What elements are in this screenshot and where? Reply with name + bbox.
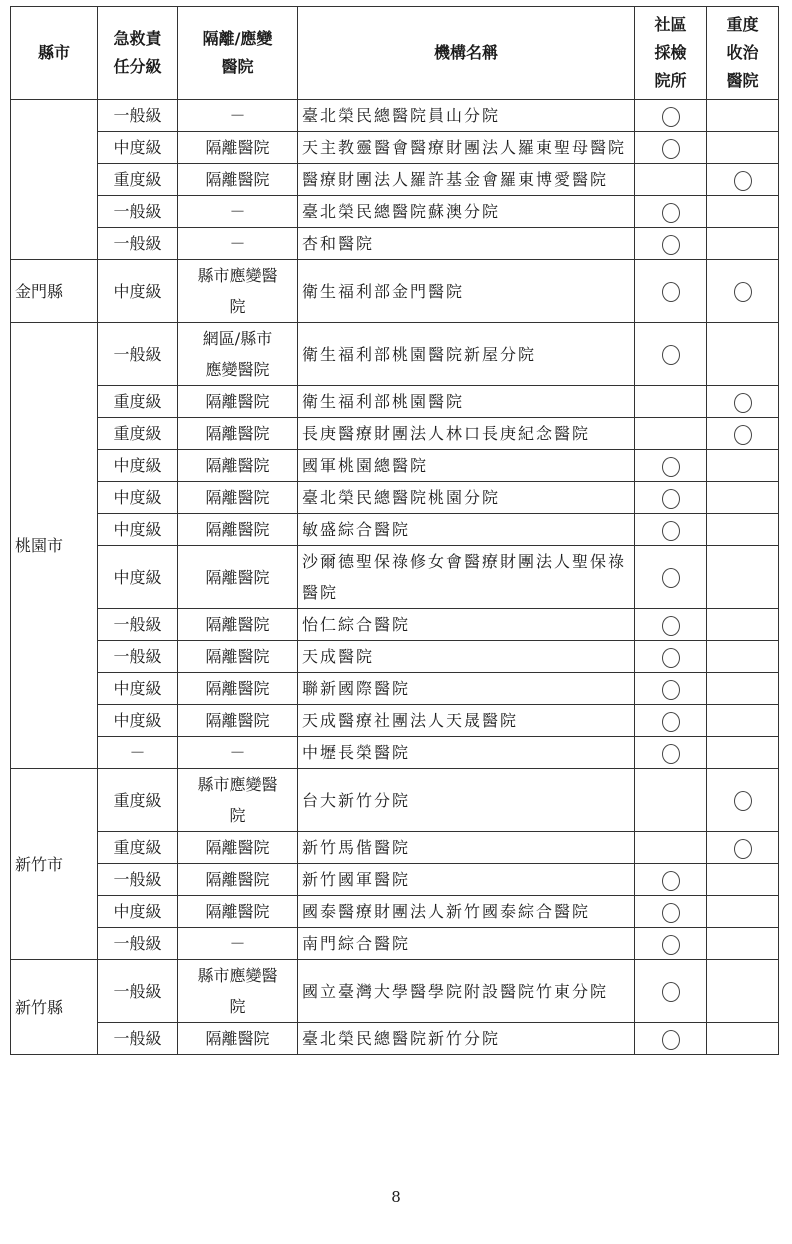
institution-name-cell: 怡仁綜合醫院 bbox=[298, 609, 635, 641]
type-cell: 縣市應變醫院 bbox=[178, 960, 298, 1023]
institution-name-cell: 聯新國際醫院 bbox=[298, 673, 635, 705]
level-cell: 一般級 bbox=[98, 864, 178, 896]
header-line: 機構名稱 bbox=[434, 43, 498, 62]
county-cell: 新竹市 bbox=[11, 769, 98, 960]
community-cell bbox=[635, 418, 707, 450]
community-cell bbox=[635, 1023, 707, 1055]
circle-mark-icon bbox=[662, 648, 680, 668]
type-cell: － bbox=[178, 228, 298, 260]
table-row: 一般級－臺北榮民總醫院蘇澳分院 bbox=[11, 196, 779, 228]
circle-mark-icon bbox=[662, 203, 680, 223]
community-cell bbox=[635, 641, 707, 673]
circle-mark-icon bbox=[662, 521, 680, 541]
level-cell: 中度級 bbox=[98, 482, 178, 514]
severe-cell bbox=[707, 641, 779, 673]
table-row: 中度級隔離醫院臺北榮民總醫院桃園分院 bbox=[11, 482, 779, 514]
institution-name-cell: 杏和醫院 bbox=[298, 228, 635, 260]
level-cell: 重度級 bbox=[98, 164, 178, 196]
type-cell: 隔離醫院 bbox=[178, 546, 298, 609]
circle-mark-icon bbox=[734, 791, 752, 811]
severe-cell bbox=[707, 514, 779, 546]
community-cell bbox=[635, 514, 707, 546]
level-cell: 重度級 bbox=[98, 769, 178, 832]
community-cell bbox=[635, 705, 707, 737]
severe-cell bbox=[707, 546, 779, 609]
level-cell: 中度級 bbox=[98, 546, 178, 609]
level-cell: 中度級 bbox=[98, 673, 178, 705]
county-cell: 新竹縣 bbox=[11, 960, 98, 1055]
type-cell: 隔離醫院 bbox=[178, 164, 298, 196]
type-cell: 網區/縣市應變醫院 bbox=[178, 323, 298, 386]
type-cell: － bbox=[178, 100, 298, 132]
circle-mark-icon bbox=[662, 744, 680, 764]
severe-cell bbox=[707, 323, 779, 386]
circle-mark-icon bbox=[662, 680, 680, 700]
level-cell: 重度級 bbox=[98, 418, 178, 450]
county-cell bbox=[11, 100, 98, 260]
level-cell: 一般級 bbox=[98, 641, 178, 673]
header-name: 機構名稱 bbox=[298, 7, 635, 100]
institution-name-cell: 國軍桃園總醫院 bbox=[298, 450, 635, 482]
header-line: 隔離/應變 bbox=[203, 29, 273, 48]
severe-cell bbox=[707, 418, 779, 450]
circle-mark-icon bbox=[662, 616, 680, 636]
community-cell bbox=[635, 164, 707, 196]
table-row: 一般級隔離醫院新竹國軍醫院 bbox=[11, 864, 779, 896]
level-cell: 一般級 bbox=[98, 609, 178, 641]
circle-mark-icon bbox=[734, 171, 752, 191]
level-cell: 重度級 bbox=[98, 386, 178, 418]
community-cell bbox=[635, 100, 707, 132]
community-cell bbox=[635, 323, 707, 386]
level-cell: 中度級 bbox=[98, 705, 178, 737]
table-body: 一般級－臺北榮民總醫院員山分院中度級隔離醫院天主教靈醫會醫療財團法人羅東聖母醫院… bbox=[11, 100, 779, 1055]
hospital-table: 縣市 急救責任分級 隔離/應變醫院 機構名稱 社區採檢院所 重度收治醫院 一般級… bbox=[10, 6, 779, 1055]
circle-mark-icon bbox=[662, 345, 680, 365]
severe-cell bbox=[707, 260, 779, 323]
severe-cell bbox=[707, 864, 779, 896]
type-cell: 隔離醫院 bbox=[178, 132, 298, 164]
header-severe: 重度收治醫院 bbox=[707, 7, 779, 100]
table-row: 新竹市重度級縣市應變醫院台大新竹分院 bbox=[11, 769, 779, 832]
circle-mark-icon bbox=[662, 489, 680, 509]
severe-cell bbox=[707, 196, 779, 228]
type-cell: － bbox=[178, 737, 298, 769]
table-row: 中度級隔離醫院國軍桃園總醫院 bbox=[11, 450, 779, 482]
level-cell: 中度級 bbox=[98, 260, 178, 323]
community-cell bbox=[635, 196, 707, 228]
community-cell bbox=[635, 609, 707, 641]
community-cell bbox=[635, 896, 707, 928]
type-cell: － bbox=[178, 196, 298, 228]
institution-name-cell: 南門綜合醫院 bbox=[298, 928, 635, 960]
table-row: 中度級隔離醫院沙爾德聖保祿修女會醫療財團法人聖保祿醫院 bbox=[11, 546, 779, 609]
severe-cell bbox=[707, 228, 779, 260]
institution-name-cell: 敏盛綜合醫院 bbox=[298, 514, 635, 546]
table-row: 金門縣中度級縣市應變醫院衛生福利部金門醫院 bbox=[11, 260, 779, 323]
level-cell: 一般級 bbox=[98, 928, 178, 960]
table-row: 一般級－杏和醫院 bbox=[11, 228, 779, 260]
community-cell bbox=[635, 673, 707, 705]
county-cell: 桃園市 bbox=[11, 323, 98, 769]
circle-mark-icon bbox=[662, 871, 680, 891]
header-line: 急救責 bbox=[113, 29, 161, 48]
severe-cell bbox=[707, 705, 779, 737]
circle-mark-icon bbox=[662, 107, 680, 127]
level-cell: 中度級 bbox=[98, 514, 178, 546]
severe-cell bbox=[707, 928, 779, 960]
community-cell bbox=[635, 928, 707, 960]
level-cell: － bbox=[98, 737, 178, 769]
circle-mark-icon bbox=[662, 935, 680, 955]
community-cell bbox=[635, 450, 707, 482]
institution-name-cell: 台大新竹分院 bbox=[298, 769, 635, 832]
severe-cell bbox=[707, 896, 779, 928]
community-cell bbox=[635, 132, 707, 164]
table-row: 中度級隔離醫院敏盛綜合醫院 bbox=[11, 514, 779, 546]
table-row: 中度級隔離醫院聯新國際醫院 bbox=[11, 673, 779, 705]
header-line: 院所 bbox=[654, 71, 686, 90]
severe-cell bbox=[707, 673, 779, 705]
circle-mark-icon bbox=[662, 235, 680, 255]
table-row: 中度級隔離醫院天主教靈醫會醫療財團法人羅東聖母醫院 bbox=[11, 132, 779, 164]
level-cell: 一般級 bbox=[98, 228, 178, 260]
severe-cell bbox=[707, 132, 779, 164]
county-cell: 金門縣 bbox=[11, 260, 98, 323]
community-cell bbox=[635, 260, 707, 323]
header-line: 醫院 bbox=[221, 57, 253, 76]
circle-mark-icon bbox=[734, 282, 752, 302]
institution-name-cell: 臺北榮民總醫院桃園分院 bbox=[298, 482, 635, 514]
header-line: 任分級 bbox=[113, 57, 161, 76]
circle-mark-icon bbox=[662, 982, 680, 1002]
institution-name-cell: 新竹馬偕醫院 bbox=[298, 832, 635, 864]
type-cell: 隔離醫院 bbox=[178, 450, 298, 482]
table-row: 中度級隔離醫院天成醫療社團法人天晟醫院 bbox=[11, 705, 779, 737]
community-cell bbox=[635, 960, 707, 1023]
table-row: －－中壢長榮醫院 bbox=[11, 737, 779, 769]
institution-name-cell: 天成醫院 bbox=[298, 641, 635, 673]
type-cell: 隔離醫院 bbox=[178, 482, 298, 514]
severe-cell bbox=[707, 450, 779, 482]
table-row: 一般級－臺北榮民總醫院員山分院 bbox=[11, 100, 779, 132]
type-cell: 隔離醫院 bbox=[178, 705, 298, 737]
header-line: 重度 bbox=[726, 15, 758, 34]
type-cell: 隔離醫院 bbox=[178, 418, 298, 450]
table-row: 重度級隔離醫院新竹馬偕醫院 bbox=[11, 832, 779, 864]
severe-cell bbox=[707, 737, 779, 769]
severe-cell bbox=[707, 1023, 779, 1055]
severe-cell bbox=[707, 609, 779, 641]
institution-name-cell: 臺北榮民總醫院員山分院 bbox=[298, 100, 635, 132]
institution-name-cell: 天主教靈醫會醫療財團法人羅東聖母醫院 bbox=[298, 132, 635, 164]
type-cell: 隔離醫院 bbox=[178, 673, 298, 705]
institution-name-cell: 臺北榮民總醫院蘇澳分院 bbox=[298, 196, 635, 228]
header-line: 縣市 bbox=[38, 43, 70, 62]
table-row: 重度級隔離醫院衛生福利部桃園醫院 bbox=[11, 386, 779, 418]
level-cell: 一般級 bbox=[98, 960, 178, 1023]
level-cell: 一般級 bbox=[98, 1023, 178, 1055]
level-cell: 中度級 bbox=[98, 450, 178, 482]
community-cell bbox=[635, 737, 707, 769]
type-cell: 隔離醫院 bbox=[178, 864, 298, 896]
institution-name-cell: 衛生福利部桃園醫院新屋分院 bbox=[298, 323, 635, 386]
severe-cell bbox=[707, 832, 779, 864]
table-row: 新竹縣一般級縣市應變醫院國立臺灣大學醫學院附設醫院竹東分院 bbox=[11, 960, 779, 1023]
circle-mark-icon bbox=[662, 568, 680, 588]
severe-cell bbox=[707, 960, 779, 1023]
community-cell bbox=[635, 832, 707, 864]
table-row: 桃園市一般級網區/縣市應變醫院衛生福利部桃園醫院新屋分院 bbox=[11, 323, 779, 386]
circle-mark-icon bbox=[734, 839, 752, 859]
level-cell: 一般級 bbox=[98, 323, 178, 386]
type-cell: 隔離醫院 bbox=[178, 386, 298, 418]
type-cell: 隔離醫院 bbox=[178, 832, 298, 864]
type-cell: － bbox=[178, 928, 298, 960]
header-line: 醫院 bbox=[726, 71, 758, 90]
circle-mark-icon bbox=[662, 139, 680, 159]
table-row: 中度級隔離醫院國泰醫療財團法人新竹國泰綜合醫院 bbox=[11, 896, 779, 928]
community-cell bbox=[635, 864, 707, 896]
header-line: 收治 bbox=[726, 43, 758, 62]
institution-name-cell: 沙爾德聖保祿修女會醫療財團法人聖保祿醫院 bbox=[298, 546, 635, 609]
type-cell: 隔離醫院 bbox=[178, 896, 298, 928]
level-cell: 中度級 bbox=[98, 132, 178, 164]
community-cell bbox=[635, 228, 707, 260]
table-row: 一般級隔離醫院天成醫院 bbox=[11, 641, 779, 673]
institution-name-cell: 國泰醫療財團法人新竹國泰綜合醫院 bbox=[298, 896, 635, 928]
type-cell: 縣市應變醫院 bbox=[178, 769, 298, 832]
institution-name-cell: 衛生福利部桃園醫院 bbox=[298, 386, 635, 418]
institution-name-cell: 臺北榮民總醫院新竹分院 bbox=[298, 1023, 635, 1055]
severe-cell bbox=[707, 386, 779, 418]
type-cell: 隔離醫院 bbox=[178, 514, 298, 546]
level-cell: 中度級 bbox=[98, 896, 178, 928]
community-cell bbox=[635, 546, 707, 609]
table-row: 一般級－南門綜合醫院 bbox=[11, 928, 779, 960]
table-row: 一般級隔離醫院臺北榮民總醫院新竹分院 bbox=[11, 1023, 779, 1055]
circle-mark-icon bbox=[734, 393, 752, 413]
community-cell bbox=[635, 769, 707, 832]
circle-mark-icon bbox=[662, 457, 680, 477]
type-cell: 縣市應變醫院 bbox=[178, 260, 298, 323]
level-cell: 一般級 bbox=[98, 196, 178, 228]
type-cell: 隔離醫院 bbox=[178, 609, 298, 641]
institution-name-cell: 天成醫療社團法人天晟醫院 bbox=[298, 705, 635, 737]
circle-mark-icon bbox=[662, 1030, 680, 1050]
circle-mark-icon bbox=[734, 425, 752, 445]
institution-name-cell: 衛生福利部金門醫院 bbox=[298, 260, 635, 323]
institution-name-cell: 國立臺灣大學醫學院附設醫院竹東分院 bbox=[298, 960, 635, 1023]
header-line: 社區 bbox=[654, 15, 686, 34]
level-cell: 一般級 bbox=[98, 100, 178, 132]
severe-cell bbox=[707, 164, 779, 196]
table-row: 重度級隔離醫院長庚醫療財團法人林口長庚紀念醫院 bbox=[11, 418, 779, 450]
institution-name-cell: 長庚醫療財團法人林口長庚紀念醫院 bbox=[298, 418, 635, 450]
circle-mark-icon bbox=[662, 903, 680, 923]
header-county: 縣市 bbox=[11, 7, 98, 100]
table-row: 重度級隔離醫院醫療財團法人羅許基金會羅東博愛醫院 bbox=[11, 164, 779, 196]
page-number: 8 bbox=[0, 1188, 792, 1206]
header-type: 隔離/應變醫院 bbox=[178, 7, 298, 100]
header-level: 急救責任分級 bbox=[98, 7, 178, 100]
institution-name-cell: 醫療財團法人羅許基金會羅東博愛醫院 bbox=[298, 164, 635, 196]
institution-name-cell: 新竹國軍醫院 bbox=[298, 864, 635, 896]
community-cell bbox=[635, 386, 707, 418]
header-line: 採檢 bbox=[654, 43, 686, 62]
level-cell: 重度級 bbox=[98, 832, 178, 864]
circle-mark-icon bbox=[662, 282, 680, 302]
severe-cell bbox=[707, 482, 779, 514]
header-community: 社區採檢院所 bbox=[635, 7, 707, 100]
community-cell bbox=[635, 482, 707, 514]
table-row: 一般級隔離醫院怡仁綜合醫院 bbox=[11, 609, 779, 641]
header-row: 縣市 急救責任分級 隔離/應變醫院 機構名稱 社區採檢院所 重度收治醫院 bbox=[11, 7, 779, 100]
severe-cell bbox=[707, 100, 779, 132]
type-cell: 隔離醫院 bbox=[178, 641, 298, 673]
institution-name-cell: 中壢長榮醫院 bbox=[298, 737, 635, 769]
severe-cell bbox=[707, 769, 779, 832]
circle-mark-icon bbox=[662, 712, 680, 732]
type-cell: 隔離醫院 bbox=[178, 1023, 298, 1055]
